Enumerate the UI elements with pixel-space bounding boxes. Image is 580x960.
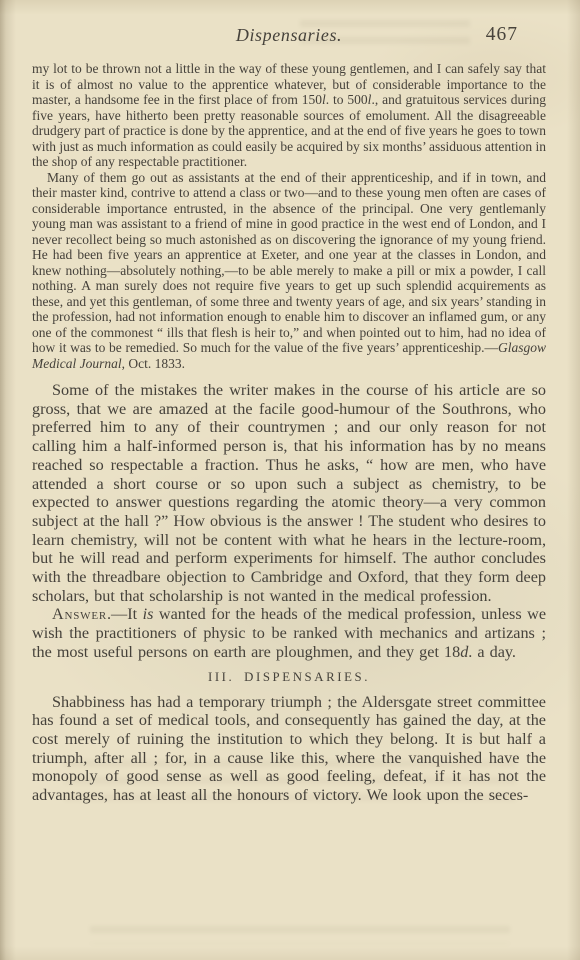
page-body: my lot to be thrown not a little in the … (32, 61, 546, 805)
italic-text-run: is (143, 605, 154, 623)
running-header: Dispensaries. 467 (32, 25, 546, 47)
running-title: Dispensaries. (236, 25, 342, 45)
paragraph: my lot to be thrown not a little in the … (32, 61, 546, 170)
paragraph: Some of the mistakes the writer makes in… (32, 381, 546, 605)
page-number: 467 (486, 24, 518, 46)
text-run: Many of them go out as assistants at the… (32, 170, 546, 356)
show-through-mark (90, 926, 510, 944)
paragraph: Shabbiness has had a temporary triumph ;… (32, 693, 546, 805)
text-run: . a day. (468, 643, 516, 661)
section-heading: III. DISPENSARIES. (32, 670, 546, 685)
paragraph: Many of them go out as assistants at the… (32, 170, 546, 372)
scanned-book-page: Dispensaries. 467 my lot to be thrown no… (0, 0, 580, 960)
text-run: Shabbiness has had a temporary triumph ;… (32, 693, 546, 805)
text-run: Some of the mistakes the writer makes in… (32, 381, 546, 605)
text-run: , Oct. 1833. (122, 356, 185, 371)
paragraph: Answer.—It is wanted for the heads of th… (32, 605, 546, 661)
text-run: . to 500 (326, 92, 368, 107)
small-caps-text-run: Answer (52, 605, 107, 623)
text-run: .—It (107, 605, 143, 623)
